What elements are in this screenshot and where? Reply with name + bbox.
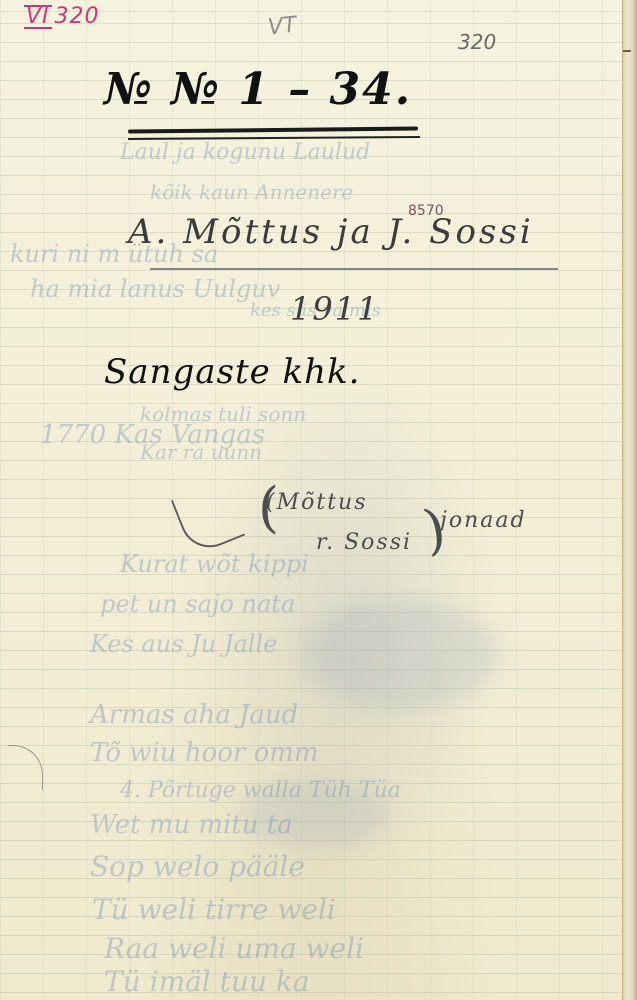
pencil-note-side: jonaad <box>440 508 527 533</box>
archive-number: 320 <box>55 4 100 29</box>
pencil-mark: VT <box>267 13 298 41</box>
item-number-range: № № 1 – 34. <box>104 64 412 115</box>
parish-name: Sangaste khk. <box>104 352 360 392</box>
collector-underline <box>150 268 558 270</box>
pencil-page-number: 320 <box>458 30 496 54</box>
year: 1911 <box>290 290 379 328</box>
pencil-note-line: (Mõttus <box>266 490 368 515</box>
paper-stain <box>300 600 500 710</box>
archive-reference-mark: VI320 <box>24 4 100 29</box>
edge-notch <box>623 50 631 52</box>
page-edge <box>622 0 637 1000</box>
pencil-note-line: r. Sossi <box>316 530 412 555</box>
archive-volume: VI <box>24 5 52 29</box>
collector-names: A. Mõttus ja J. Sossi <box>128 212 534 252</box>
paper-stain <box>240 780 390 850</box>
scanned-document-page: Laul ja kogunu Laulud kõik kaun Annenere… <box>0 0 637 1000</box>
stamp-number: 8570 <box>408 203 444 219</box>
